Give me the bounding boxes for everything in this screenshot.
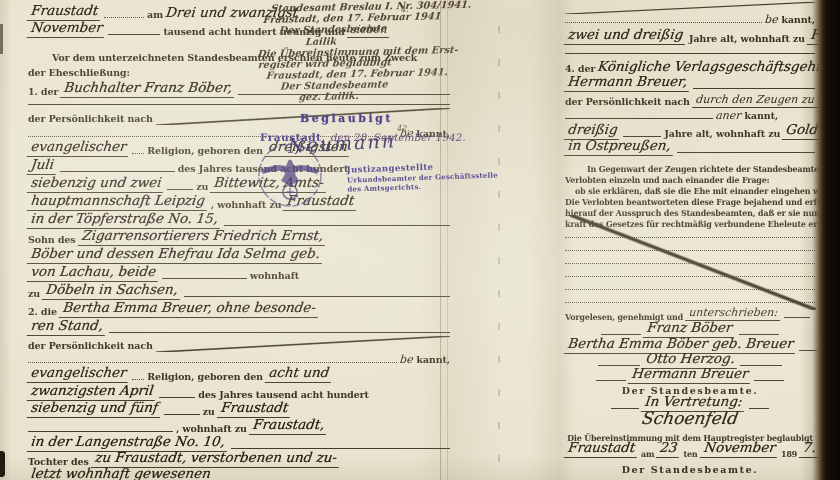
blank-rule <box>162 276 247 279</box>
printed-form-text: kannt, <box>744 112 778 122</box>
form-line: Hermann Breuer, <box>565 75 815 92</box>
handwritten-entry: von Lachau, beide <box>27 264 160 282</box>
printed-form-text: zu <box>203 408 215 418</box>
form-line: 4. derKönigliche Verlagsgeschäftsgehilfe <box>565 57 815 75</box>
form-line: ob sie erklären, daß sie die Ehe mit ein… <box>565 184 815 195</box>
fold-mark: 4. <box>401 5 409 14</box>
printed-form-text: der Persönlichkeit nach <box>565 98 690 108</box>
blank-rule <box>159 395 195 398</box>
blank-rule <box>231 446 450 449</box>
dotted-rule <box>132 151 144 154</box>
printed-form-text: wohnhaft <box>250 272 299 282</box>
handwritten-entry: be <box>764 13 779 26</box>
handwritten-entry: Juli <box>27 157 58 175</box>
blank-rule <box>108 32 160 35</box>
handwritten-entry: be <box>399 353 414 366</box>
handwritten-entry: in Ostpreußen, <box>564 138 675 156</box>
printed-form-text: der Eheschließung: <box>28 69 130 79</box>
book-binding-edge <box>812 0 840 480</box>
printed-form-text: ob sie erklären, daß sie die Ehe mit ein… <box>575 187 840 195</box>
blank-rule <box>677 150 816 153</box>
handwritten-entry: siebenzig und fünf <box>27 400 162 418</box>
blank-rule <box>601 332 641 335</box>
annotation-signature: Lailik <box>305 36 337 48</box>
handwritten-entry: Fraustadt <box>564 440 640 458</box>
printed-form-text: kannt, <box>416 356 450 366</box>
form-line: Fraustadtam23tenNovember1897. <box>565 442 815 458</box>
office-stamp: Justizangestellte Urkundsbeamter der Ges… <box>347 160 499 193</box>
dotted-rule <box>132 377 144 380</box>
printed-form-text: kannt, <box>781 16 815 26</box>
blank-rule <box>60 169 175 172</box>
form-line: letzt wohnhaft gewesenen <box>28 468 450 480</box>
handwritten-entry: Böber und dessen Ehefrau Ida Selma geb. <box>27 246 324 264</box>
printed-form-text: Die Verlobten beantworteten diese Frage … <box>565 198 839 206</box>
handwritten-entry: November <box>699 440 779 458</box>
handwritten-entry: aner <box>715 109 742 122</box>
blank-rule <box>28 102 450 105</box>
printed-form-text: 189 <box>781 450 797 458</box>
form-line: bekannt, <box>28 352 450 366</box>
handwritten-entry: Döbeln in Sachsen, <box>42 282 182 300</box>
handwritten-entry: evangelischer <box>27 139 131 157</box>
form-line: Hermann Breuer <box>565 369 815 384</box>
eagle-seal-icon <box>255 140 325 210</box>
form-line: zuDöbeln in Sachsen, <box>28 282 450 300</box>
handwritten-entry: acht und <box>265 365 334 383</box>
printed-form-text: der Persönlichkeit nach <box>28 342 153 352</box>
form-line <box>565 2 815 12</box>
printed-form-text: In Gegenwart der Zeugen richtete der Sta… <box>587 165 840 173</box>
blank-rule <box>623 134 661 137</box>
blank-rule <box>611 406 639 409</box>
blank-rule <box>167 187 193 190</box>
handwritten-entry: November <box>27 20 107 38</box>
printed-form-text: am <box>641 450 654 458</box>
printed-form-text: ten <box>683 450 697 458</box>
printed-form-text: Jahre alt, wohnhaft zu <box>664 130 780 140</box>
handwritten-entry: hauptmannschaft Leipzig <box>27 193 209 211</box>
page-edge-mark <box>0 451 5 477</box>
form-line: Böber und dessen Ehefrau Ida Selma geb. <box>28 246 450 264</box>
handwritten-entry: Fraustadt <box>27 3 103 21</box>
form-line: Die Verlobten beantworteten diese Frage … <box>565 195 815 206</box>
blank-rule <box>224 223 450 226</box>
printed-form-text: 1. der <box>28 88 58 98</box>
strike-through-line <box>570 215 816 310</box>
form-line: anerkannt, <box>565 108 815 122</box>
handwritten-entry: in der Töpferstraße No. 15, <box>27 211 222 229</box>
handwritten-entry: Bertha Emma Breuer, ohne besonde- <box>59 300 320 318</box>
blank-rule <box>784 315 810 318</box>
blank-rule <box>596 378 626 381</box>
handwritten-entry: Zigarrensortierers Friedrich Ernst, <box>77 228 327 246</box>
printed-form-text: Religion, geboren den <box>147 147 263 157</box>
blank-rule <box>184 294 450 297</box>
blank-rule <box>28 429 173 432</box>
dotted-rule <box>28 360 397 363</box>
eagle-seal-stamp <box>255 140 325 214</box>
printed-form-text: Religion, geboren den <box>147 373 263 383</box>
strike-line <box>156 336 450 352</box>
handwritten-entry: Fraustadt, <box>249 417 329 435</box>
form-line: hauptmannschaft Leipzig, wohnhaft zuFrau… <box>28 193 450 211</box>
beglaubigt-stamp: Beglaubigt <box>300 112 393 125</box>
annotation-text: Der Standesbeamte <box>279 23 388 36</box>
dotted-rule <box>104 15 144 18</box>
handwritten-entry: letzt wohnhaft gewesenen <box>27 466 215 480</box>
form-line: in der Töpferstraße No. 15, <box>28 211 450 229</box>
printed-form-text: Jahre alt, wohnhaft zu <box>689 35 805 45</box>
handwritten-entry: durch den Zeugen zu 3 <box>692 93 829 108</box>
form-line: zwanzigsten Aprildes Jahres tausend acht… <box>28 383 450 401</box>
form-line: Sohn desZigarrensortierers Friedrich Ern… <box>28 229 450 246</box>
printed-form-text: am <box>147 11 163 21</box>
handwritten-entry: evangelischer <box>27 365 131 383</box>
document-scan: FraustadtamDrei und zwanzigstNovembertau… <box>0 0 840 480</box>
blank-rule <box>565 116 713 119</box>
printed-form-text: Verlobten einzeln und nach einander die … <box>565 176 769 184</box>
printed-form-text: Sohn des <box>28 236 76 246</box>
form-line: evangelischerReligion, geboren denacht u… <box>28 366 450 383</box>
form-line: von Lachau, beidewohnhaft <box>28 264 450 282</box>
printed-form-text: Der Standesbeamte. <box>622 465 758 476</box>
blank-rule <box>739 332 779 335</box>
handwritten-entry: Hermann Breuer <box>628 366 753 384</box>
handwritten-entry: Königliche Verlagsgeschäftsgehilfe <box>597 59 839 75</box>
blank-rule <box>109 330 450 333</box>
margin-annotation-block: Standesamt Breslau I. Nr. 304/1941.Fraus… <box>255 0 459 104</box>
handwritten-entry: Hermann Breuer, <box>564 74 692 92</box>
form-line <box>565 45 815 57</box>
handwritten-entry: Buchhalter Franz Böber, <box>60 80 237 98</box>
form-line: bekannt, <box>565 12 815 26</box>
blank-rule <box>693 86 815 89</box>
form-line: Schoenfeld <box>565 412 815 429</box>
page-fold-crease <box>440 0 441 480</box>
handwritten-entry: ren Stand, <box>27 318 107 336</box>
blank-rule <box>164 412 200 415</box>
printed-form-text: zu <box>196 183 208 193</box>
blank-rule <box>749 406 769 409</box>
dotted-rule <box>565 20 762 23</box>
blank-rule <box>565 51 815 54</box>
form-line: der Persönlichkeit nachdurch den Zeugen … <box>565 92 815 108</box>
printed-form-text: zu <box>28 290 40 300</box>
printed-form-text: 2. die <box>28 308 57 318</box>
handwritten-entry: zwanzigsten April <box>27 383 158 401</box>
form-line: in Ostpreußen, <box>565 140 815 156</box>
form-line: siebenzig und fünfzuFraustadt <box>28 401 450 418</box>
page-fold-crease <box>447 0 448 480</box>
handwritten-entry: zwei und dreißig <box>564 27 687 45</box>
handwritten-entry: 23 <box>656 440 682 458</box>
binding-stitch <box>498 0 500 480</box>
blank-rule <box>754 378 784 381</box>
form-line: 2. dieBertha Emma Breuer, ohne besonde- <box>28 300 450 318</box>
form-line: In Gegenwart der Zeugen richtete der Sta… <box>565 162 815 173</box>
form-line: zwei und dreißigJahre alt, wohnhaft zuFr… <box>565 26 815 45</box>
form-line: ren Stand, <box>28 318 450 336</box>
form-line: Verlobten einzeln und nach einander die … <box>565 173 815 184</box>
form-line: der Persönlichkeit nach <box>28 336 450 352</box>
annotation-signature: gez. Lailik. <box>298 91 359 103</box>
handwritten-entry: Fraustadt <box>216 400 292 418</box>
form-line: , wohnhaft zuFraustadt, <box>28 418 450 435</box>
printed-form-text: der Persönlichkeit nach <box>28 115 153 125</box>
handwritten-entry: siebenzig und zwei <box>27 175 166 193</box>
form-line: Der Standesbeamte. <box>565 458 815 476</box>
page-edge-mark <box>0 24 3 54</box>
handwritten-signature: Schoenfeld <box>640 409 739 429</box>
